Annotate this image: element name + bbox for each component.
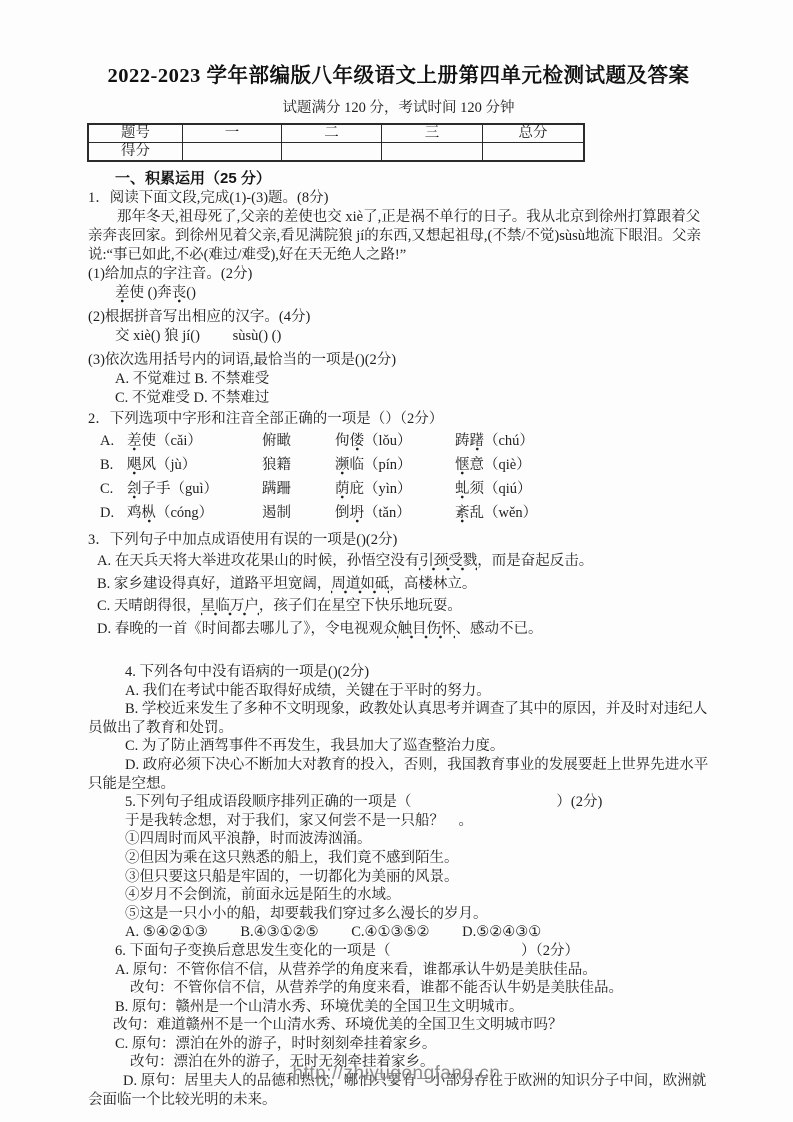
q6-label: 6. 下面句子变换后意思发生变化的一项是（ ）（2分）: [88, 942, 709, 961]
q2-cell: 倒坍（tǎn）: [335, 501, 455, 525]
q1-sub2-label: (2)根据拼音写出相应的汉字。(4分): [88, 308, 709, 327]
option-letter: D.: [100, 501, 127, 525]
q3-option-c: C. 天晴朗得很，星临万户，孩子们在星空下快乐地玩耍。: [88, 595, 709, 618]
score-table-header-cell: 总分: [483, 124, 585, 143]
q5-label: 5.下列句子组成语段顺序排列正确的一项是（ ）(2分): [88, 793, 709, 812]
q5-item-1: ①四周时而风平浪静，时而波涛汹涌。: [88, 830, 709, 849]
score-table-score-row: 得分: [88, 143, 584, 162]
section-heading: 一、积累运用（25 分）: [88, 169, 709, 189]
q1-sub2-answer-line: 交 xiè() 狼 jí() sùsù() (): [88, 327, 709, 346]
q1-sub3-label: (3)依次选用括号内的词语,最恰当的一项是()(2分): [88, 351, 709, 370]
q6-line-c-original: C. 原句：漂泊在外的游子，时时刻刻牵挂着家乡。: [88, 1035, 709, 1054]
q6-line-b-changed: 改句：难道赣州不是一个山清水秀、环境优美的全国卫生文明城市吗？: [88, 1016, 709, 1035]
score-cell: [382, 143, 483, 162]
score-table-header-row: 题号 一 二 三 总分: [88, 124, 584, 143]
q2-cell: 濒临（pín）: [335, 453, 455, 477]
q3-label: 3．下列句子中加点成语使用有误的一项是()(2分): [88, 531, 709, 550]
q2-cell: 遏制: [262, 501, 335, 525]
q2-cell: 蹒跚: [262, 477, 335, 501]
q5-answer-options: A. ⑤④②①③ B.④③①②⑤ C.④①③⑤② D.⑤②④③①: [88, 923, 709, 942]
q5-item-2: ②但因为乘在这只熟悉的船上，我们竟不感到陌生。: [88, 849, 709, 868]
score-cell: [282, 143, 382, 162]
q5-item-3: ③但只要这只船是牢固的，一切都化为美丽的风景。: [88, 868, 709, 887]
score-table-header-cell: 三: [382, 124, 483, 143]
q1-label: 1．阅读下面文段,完成(1)-(3)题。(8分): [88, 189, 709, 208]
score-row-label: 得分: [88, 143, 183, 162]
q2-option-row-a: A. 差使（cǎi） 俯瞰 佝偻（lǒu） 踌躇（chú）: [88, 429, 709, 453]
q2-option-row-c: C. 刽子手（guì） 蹒跚 荫庇（yìn） 虬须（qiú）: [88, 477, 709, 501]
q4-option-a: A. 我们在考试中能否取得好成绩，关键在于平时的努力。: [88, 682, 709, 701]
q3-option-d: D. 春晚的一首《时间都去哪儿了》，令电视观众触目伤怀、感动不已。: [88, 618, 709, 641]
q2-option-row-b: B. 飓风（jù） 狼籍 濒临（pín） 惬意（qiè）: [88, 453, 709, 477]
score-cell: [483, 143, 585, 162]
page-title: 2022-2023 学年部编版八年级语文上册第四单元检测试题及答案: [88, 62, 709, 90]
option-letter: A.: [100, 429, 127, 453]
q5-item-5: ⑤这是一只小小的船，却要载我们穿过多么漫长的岁月。: [88, 905, 709, 924]
exam-paper-page: 2022-2023 学年部编版八年级语文上册第四单元检测试题及答案 试题满分 1…: [0, 0, 793, 1122]
q2-cell: 差使（cǎi）: [127, 429, 262, 453]
q2-label: 2．下列选项中字形和注音全部正确的一项是（）（2分）: [88, 410, 709, 429]
q1-sub3-options-ab: A. 不觉难过 B. 不禁难受: [88, 370, 709, 389]
q1-sub3-options-cd: C. 不觉难受 D. 不禁难过: [88, 389, 709, 408]
q6-line-b-original: B. 原句：赣州是一个山清水秀、环境优美的全国卫生文明城市。: [88, 998, 709, 1017]
q3-option-a: A. 在天兵天将大举进攻花果山的时候，孙悟空没有引颈受戮，而是奋起反击。: [88, 550, 709, 573]
q1-sub1-label: (1)给加点的字注音。(2分): [88, 265, 709, 284]
q5-item-4: ④岁月不会倒流，前面永远是陌生的水域。: [88, 886, 709, 905]
page-content: 2022-2023 学年部编版八年级语文上册第四单元检测试题及答案 试题满分 1…: [0, 0, 793, 1109]
watermark-url: http://zhiyugongfang.cn: [0, 1063, 793, 1085]
score-table-header-cell: 二: [282, 124, 382, 143]
q2-cell: 荫庇（yìn）: [335, 477, 455, 501]
q6-line-a-original: A. 原句：不管你信不信，从营养学的角度来看，谁都承认牛奶是美肤佳品。: [88, 961, 709, 980]
score-table: 题号 一 二 三 总分 得分: [87, 123, 585, 162]
q4-label: 4. 下列各句中没有语病的一项是()(2分): [88, 663, 709, 682]
q1-passage: 那年冬天,祖母死了,父亲的差使也交 xiè了,正是祸不单行的日子。我从北京到徐州…: [88, 208, 709, 265]
q2-cell: 狼籍: [262, 453, 335, 477]
q6-line-a-changed: 改句：不管你信不信，从营养学的角度来看，谁都不能否认牛奶是美肤佳品。: [88, 979, 709, 998]
score-table-header-cell: 题号: [88, 124, 183, 143]
q3-option-b: B. 家乡建设得真好，道路平坦宽阔，周道如砥，高楼林立。: [88, 573, 709, 596]
q2-cell: 踌躇（chú）: [455, 429, 709, 453]
q2-option-row-d: D. 鸡枞（cóng） 遏制 倒坍（tǎn） 紊乱（wěn）: [88, 501, 709, 525]
q4-option-d: D. 政府必须下决心不断加大对教育的投入，否则，我国教育事业的发展要赶上世界先进…: [88, 756, 709, 793]
q4-option-b: B. 学校近来发生了多种不文明现象，政教处认真思考并调查了其中的原因，并及时对违…: [88, 700, 709, 737]
option-letter: B.: [100, 453, 127, 477]
score-table-header-cell: 一: [183, 124, 282, 143]
q2-cell: 俯瞰: [262, 429, 335, 453]
option-letter: C.: [100, 477, 127, 501]
q1-sub1-answer-line: 差使 ()奔丧(): [88, 284, 709, 303]
q5-intro: 于是我转念想，对于我们，家又何尝不是一只船？ 。: [88, 812, 709, 831]
exam-info-line: 试题满分 120 分，考试时间 120 分钟: [88, 99, 709, 118]
q4-option-c: C. 为了防止酒驾事件不再发生，我县加大了巡查整治力度。: [88, 737, 709, 756]
q2-cell: 惬意（qiè）: [455, 453, 709, 477]
q2-cell: 紊乱（wěn）: [455, 501, 709, 525]
q2-cell: 虬须（qiú）: [455, 477, 709, 501]
q2-cell: 佝偻（lǒu）: [335, 429, 455, 453]
q2-cell: 鸡枞（cóng）: [127, 501, 262, 525]
q2-cell: 刽子手（guì）: [127, 477, 262, 501]
score-cell: [183, 143, 282, 162]
q2-cell: 飓风（jù）: [127, 453, 262, 477]
